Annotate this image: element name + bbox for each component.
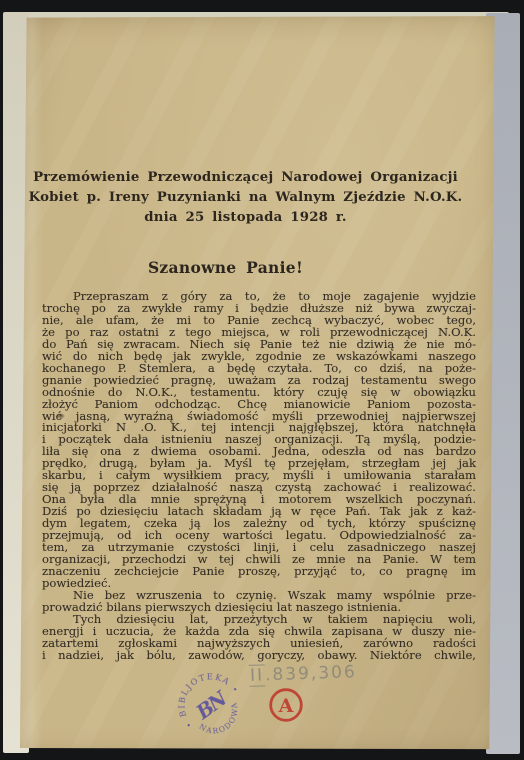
ink-speck: [57, 414, 64, 418]
shelfmark-number: .839,306: [265, 662, 357, 685]
stamp-monogram: BN: [191, 686, 232, 725]
page-title: Przemówienie Przewodniczącej Narodowej O…: [7, 168, 484, 228]
scan-background: { "document": { "title_lines": [ "Przemó…: [0, 0, 524, 760]
title-line: Przemówienie Przewodniczącej Narodowej O…: [7, 168, 484, 188]
library-round-stamp-icon: • BIBLJOTEKA • NARODOWA BN: [165, 660, 257, 752]
title-line: Kobiet p. Ireny Puzynianki na Walnym Zje…: [7, 188, 484, 208]
shelfmark-roman: II: [249, 664, 266, 687]
salutation-heading: Szanowne Panie!: [0, 258, 464, 277]
red-stamp-glyph: A: [278, 695, 294, 717]
scanned-page: Przemówienie Przewodniczącej Narodowej O…: [19, 15, 496, 751]
body-text: Przepraszam z góry za to, że to moje zag…: [42, 291, 476, 662]
shelfmark-handwritten: II.839,306: [249, 662, 357, 686]
title-line: dnia 25 listopada 1928 r.: [7, 208, 484, 228]
text-line: i nadziei, jak bólu, zawodów, goryczy, o…: [42, 650, 476, 662]
red-ownership-stamp-icon: A: [266, 685, 306, 725]
